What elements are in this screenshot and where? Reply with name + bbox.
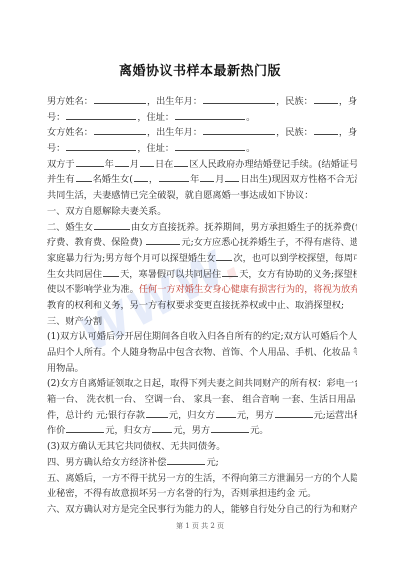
text-segment: 教育的权利和义务，另一方有权要求变更直接抚养权或中止、取消探望权; <box>47 300 344 311</box>
fill-in-blank <box>159 172 189 182</box>
text-line: 使以不影响学业为准。任何一方对婚生女身心健康有损害行为的，将视为放弃抚养、 <box>47 282 357 298</box>
text-line: 双方于年月日在区人民政府办理结婚登记手续。(结婚证号码 )。 <box>47 157 357 173</box>
fill-in-blank <box>103 267 119 277</box>
page-footer: 第 1 页 共 2 页 <box>0 521 400 531</box>
text-line: 业秘密，不得有故意损坏另一方名誉的行为，否则承担违约金 元。 <box>47 486 357 502</box>
text-segment: 号： <box>47 112 65 123</box>
fill-in-blank <box>203 125 275 135</box>
text-segment: 由女方直接抚养。抚养期间，男方承担婚生子的抚养费(包括医 <box>131 222 357 233</box>
text-line: 共同生活，夫妻感情已完全破裂，就自愿离婚一事达成如下协议： <box>47 188 357 204</box>
text-segment: 。 <box>246 112 255 123</box>
text-segment: 元。 <box>250 425 268 436</box>
text-line: 号：，住址：。 <box>47 141 357 157</box>
text-segment: 用物品。 <box>47 363 84 374</box>
text-segment: 男方姓名： <box>47 96 93 107</box>
text-segment: 元，男方 <box>173 425 210 436</box>
text-segment: 。 <box>246 143 255 154</box>
fill-in-blank <box>216 251 232 261</box>
fill-in-blank <box>222 267 238 277</box>
text-segment: 日在 <box>155 159 173 170</box>
text-line: 二、婚生女由女方直接抚养。抚养期间，男方承担婚生子的抚养费(包括医 <box>47 220 357 236</box>
highlighted-text: 任何一方对婚生女身心健康有损害行为的，将视为放弃抚养、 <box>139 284 357 295</box>
text-segment: 使以不影响学业为准。 <box>47 284 139 295</box>
text-segment: 一、双方自愿解除夫妻关系。 <box>47 206 166 217</box>
text-segment: 疗费、教育费、保险费) <box>47 237 145 248</box>
text-segment: 元，归女方 <box>169 410 215 421</box>
text-segment: ，出生年月： <box>147 96 202 107</box>
text-segment: ，住址： <box>137 112 174 123</box>
fill-in-blank <box>66 141 136 151</box>
text-segment: 元; <box>206 457 218 468</box>
text-segment: 四、男方确认给女方经济补偿 <box>47 457 166 468</box>
text-line: 用物品。 <box>47 361 357 377</box>
text-segment: 箱一台、 洗衣机一台、 空调一台、 家具一套、 组合音响 一套、生活日用品 <box>47 394 356 405</box>
text-segment: 共同生活，夫妻感情已完全破裂，就自愿离婚一事达成如下协议： <box>47 190 313 201</box>
text-segment: 品归个人所有。个人随身物品中包含衣物、首饰、个人用品、手机、化妆品 等个人专 <box>47 347 357 358</box>
text-segment: 天，女方有协助的义务;探望权的行 <box>239 269 357 280</box>
fill-in-blank <box>152 423 172 433</box>
text-segment: 元;女方应悉心抚养婚生子，不得有虐待、遗弃、 <box>181 237 357 248</box>
text-line: 五、离婚后，一方不得干扰另一方的生活，不得向第三方泄漏另一方的个人隐私和商 <box>47 471 357 487</box>
fill-in-blank <box>66 423 104 433</box>
text-line: 疗费、教育费、保险费) 元;女方应悉心抚养婚生子，不得有虐待、遗弃、 <box>47 235 357 251</box>
fill-in-blank <box>314 94 338 104</box>
text-segment: (2)女方自离婚证领取之日起，取得下列夫妻之间共同财产的所有权：彩电一台、 冰 <box>47 378 357 389</box>
text-segment: 次，也可以到学校探望，每周可与婚 <box>233 253 357 264</box>
document-body: 男方姓名：，出生年月：，民族：，身份证号：，住址：。女方姓名：，出生年月：，民族… <box>47 94 357 518</box>
text-line: 品归个人所有。个人随身物品中包含衣物、首饰、个人用品、手机、化妆品 等个人专 <box>47 345 357 361</box>
text-segment: 业秘密，不得有故意损坏另一方名誉的行为，否则承担违约金 元。 <box>47 488 316 499</box>
text-line: 男方姓名：，出生年月：，民族：，身份证 <box>47 94 357 110</box>
text-segment: 月 <box>215 174 224 185</box>
text-line: 六、双方确认对方是完全民事行为能力的人，能够自行处分自己的行为和财产。 <box>47 502 357 518</box>
text-segment: 月 <box>130 159 139 170</box>
text-segment: ，民族： <box>276 96 313 107</box>
text-segment: 二、婚生女 <box>47 222 93 233</box>
text-line: 生女共同居住天，寒暑假可以共同居住天，女方有协助的义务;探望权的行 <box>47 267 357 283</box>
fill-in-blank <box>94 125 146 135</box>
text-segment: 年 <box>105 159 114 170</box>
document-page: WWW. 离婚协议书样本最新热门版 男方姓名：，出生年月：，民族：，身份证号：，… <box>0 0 400 565</box>
fill-in-blank <box>203 94 275 104</box>
text-line: 一、双方自愿解除夫妻关系。 <box>47 204 357 220</box>
text-line: (1)双方认可婚后分开居住期间各自收入归各自所有的约定;双方认可婚后个人随身物 <box>47 329 357 345</box>
text-line: 箱一台、 洗衣机一台、 空调一台、 家具一套、 组合音响 一套、生活日用品 <box>47 392 357 408</box>
text-segment: 元;运营出租车， <box>314 410 357 421</box>
text-line: 女方姓名：，出生年月：，民族：，身份证 <box>47 125 357 141</box>
fill-in-blank <box>225 172 239 182</box>
fill-in-blank <box>174 157 188 167</box>
text-segment: ，民族： <box>276 127 313 138</box>
fill-in-blank <box>146 408 168 418</box>
text-line: 号：，住址：。 <box>47 110 357 126</box>
text-line: (2)女方自离婚证领取之日起，取得下列夫妻之间共同财产的所有权：彩电一台、 冰 <box>47 376 357 392</box>
document-title: 离婚协议书样本最新热门版 <box>0 60 400 79</box>
fill-in-blank <box>211 423 249 433</box>
text-segment: 日出生)现因双方性格不合无法 <box>240 174 357 185</box>
text-segment: (3)双方确认无其它共同债权、无共同债务。 <box>47 441 225 452</box>
fill-in-blank <box>76 172 92 182</box>
fill-in-blank <box>175 110 245 120</box>
fill-in-blank <box>94 220 130 230</box>
text-line: 教育的权利和义务，另一方有权要求变更直接抚养权或中止、取消探望权; <box>47 298 357 314</box>
text-segment: (1)双方认可婚后分开居住期间各自收入归各自所有的约定;双方认可婚后个人随身物 <box>47 331 357 342</box>
text-segment: ，身份证 <box>339 127 357 138</box>
text-segment: 号： <box>47 143 65 154</box>
text-segment: 天，寒暑假可以共同居住 <box>120 269 221 280</box>
fill-in-blank <box>115 157 129 167</box>
text-segment: 元，男方 <box>237 410 274 421</box>
text-segment: 家庭暴力行为;男方每个月可以探望婚生女 <box>47 253 215 264</box>
text-segment: ，住址： <box>137 143 174 154</box>
fill-in-blank <box>140 157 154 167</box>
text-segment: 并生有 <box>47 174 75 185</box>
text-line: 家庭暴力行为;男方每个月可以探望婚生女次，也可以到学校探望，每周可与婚 <box>47 251 357 267</box>
text-segment: 生女共同居住 <box>47 269 102 280</box>
text-line: 并生有名婚生女(，年月日出生)现因双方性格不合无法 <box>47 172 357 188</box>
text-segment: 双方于 <box>47 159 75 170</box>
fill-in-blank <box>76 157 104 167</box>
text-segment: 六、双方确认对方是完全民事行为能力的人，能够自行处分自己的行为和财产。 <box>47 504 357 515</box>
text-line: 作价元，归女方元，男方元。 <box>47 423 357 439</box>
text-segment: 女方姓名： <box>47 127 93 138</box>
fill-in-blank <box>175 141 245 151</box>
fill-in-blank <box>134 172 148 182</box>
fill-in-blank <box>146 235 180 245</box>
fill-in-blank <box>200 172 214 182</box>
text-line: 三、财产分割 <box>47 314 357 330</box>
text-line: 件，总计约 元;银行存款元，归女方元，男方元;运营出租车， <box>47 408 357 424</box>
fill-in-blank <box>216 408 236 418</box>
text-segment: 件，总计约 元;银行存款 <box>47 410 145 421</box>
fill-in-blank <box>167 455 205 465</box>
text-segment: 名婚生女( <box>93 174 133 185</box>
text-segment: 元，归女方 <box>105 425 151 436</box>
text-segment: 作价 <box>47 425 65 436</box>
text-segment: ，身份证 <box>339 96 357 107</box>
text-segment: 五、离婚后，一方不得干扰另一方的生活，不得向第三方泄漏另一方的个人隐私和商 <box>47 473 357 484</box>
text-line: 四、男方确认给女方经济补偿元; <box>47 455 357 471</box>
text-segment: ，出生年月： <box>147 127 202 138</box>
text-segment: ， <box>149 174 158 185</box>
text-segment: 三、财产分割 <box>47 316 102 327</box>
fill-in-blank <box>275 408 313 418</box>
fill-in-blank <box>66 110 136 120</box>
fill-in-blank <box>94 94 146 104</box>
text-segment: 区人民政府办理结婚登记手续。(结婚证号码 )。 <box>189 159 357 170</box>
fill-in-blank <box>314 125 338 135</box>
text-line: (3)双方确认无其它共同债权、无共同债务。 <box>47 439 357 455</box>
text-segment: 年 <box>190 174 199 185</box>
